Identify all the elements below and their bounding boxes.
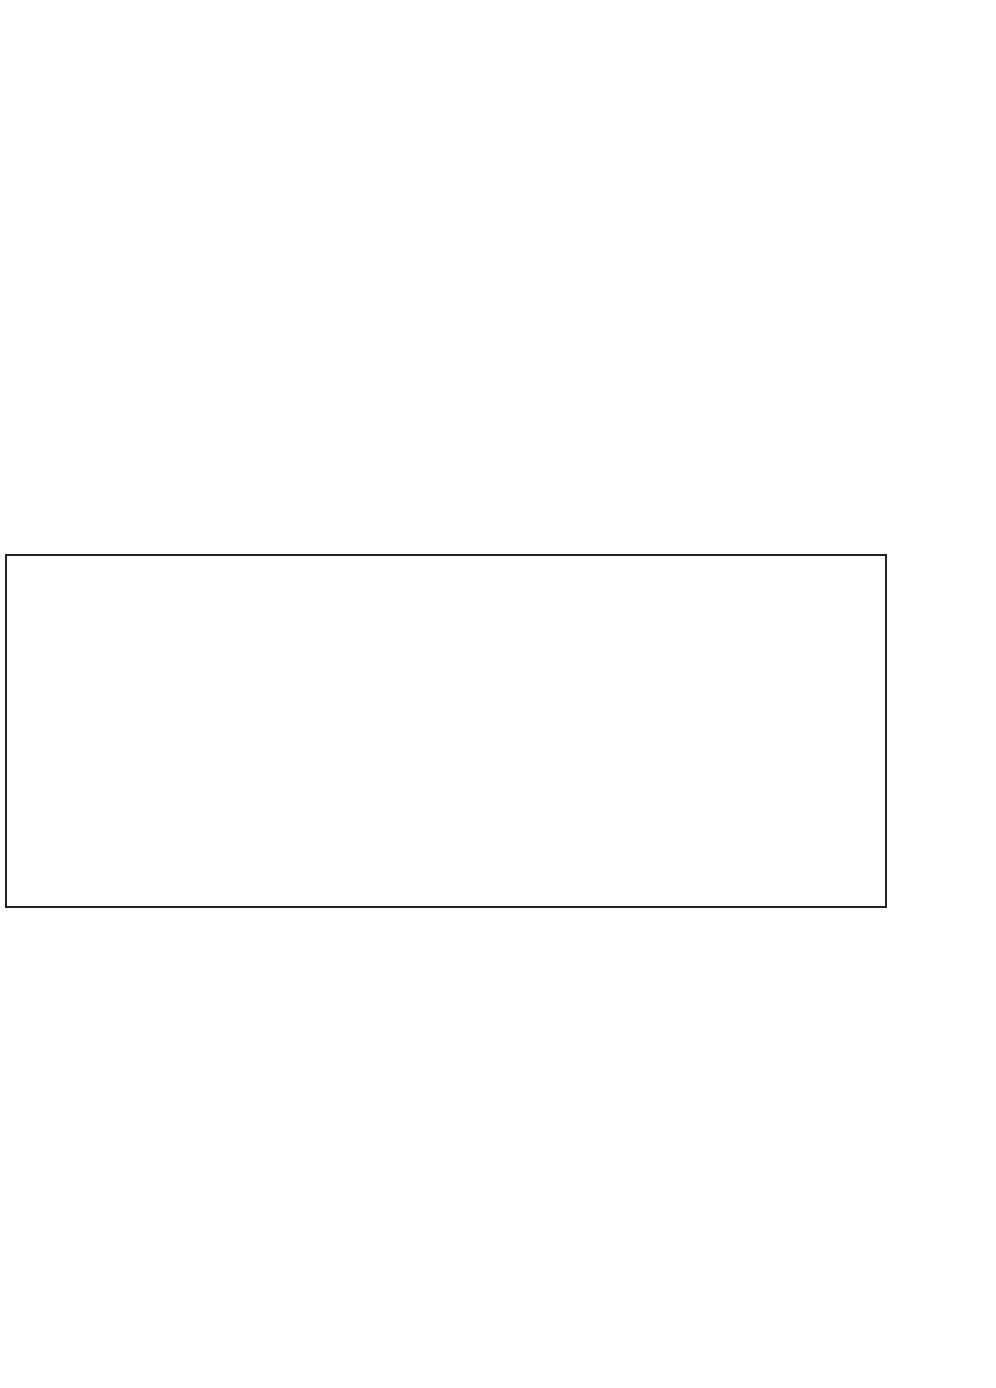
bagua-info-box — [5, 554, 887, 908]
page-title — [0, 12, 996, 82]
